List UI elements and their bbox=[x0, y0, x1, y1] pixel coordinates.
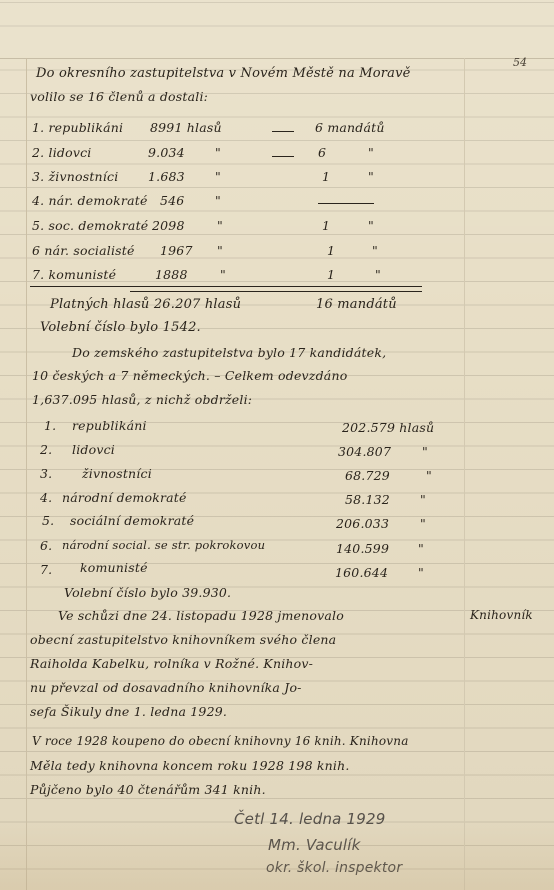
land-intro-line1: Do zemského zastupitelstva bylo 17 kandi… bbox=[72, 345, 386, 360]
party-votes: 2098 bbox=[152, 218, 185, 233]
library-line: Ve schůzi dne 24. listopadu 1928 jmenova… bbox=[58, 608, 344, 623]
top-rule bbox=[0, 58, 554, 59]
party-label: republikáni bbox=[72, 418, 147, 433]
land-quota: Volební číslo bylo 39.930. bbox=[64, 585, 231, 600]
party-label: 3. živnostníci bbox=[32, 169, 118, 184]
row-number: 4. bbox=[40, 490, 52, 505]
ditto-mark: " bbox=[420, 492, 426, 507]
party-votes: 160.644 bbox=[335, 565, 388, 580]
party-votes: 140.599 bbox=[336, 541, 389, 556]
party-label: 7. komunisté bbox=[32, 267, 116, 282]
ditto-mark: " bbox=[418, 565, 424, 580]
signature-date: Četl 14. ledna 1929 bbox=[234, 810, 386, 828]
party-mandates: 1 bbox=[322, 218, 330, 233]
party-label: komunisté bbox=[80, 560, 148, 575]
dash bbox=[272, 156, 294, 157]
party-label: 5. soc. demokraté bbox=[32, 218, 148, 233]
left-margin-line bbox=[26, 58, 27, 890]
ditto-mark: " bbox=[426, 468, 432, 483]
library-line: Měla tedy knihovna koncem roku 1928 198 … bbox=[30, 758, 350, 773]
dash bbox=[272, 131, 294, 132]
no-mandate-rule bbox=[318, 203, 374, 204]
district-intro-line1: Do okresního zastupitelstva v Novém Měst… bbox=[36, 66, 411, 81]
district-quota: Volební číslo bylo 1542. bbox=[40, 320, 201, 335]
party-votes: 1967 bbox=[160, 243, 193, 258]
party-votes: 68.729 bbox=[345, 468, 390, 483]
ditto-mark: " bbox=[375, 267, 381, 282]
ditto-mark: " bbox=[368, 218, 374, 233]
row-number: 3. bbox=[40, 466, 52, 481]
sum-rule-2 bbox=[130, 291, 422, 292]
land-intro-line2: 10 českých a 7 německých. – Celkem odevz… bbox=[32, 368, 347, 383]
ditto-mark: " bbox=[422, 444, 428, 459]
district-total-votes: Platných hlasů 26.207 hlasů bbox=[50, 297, 241, 312]
party-label: 4. nár. demokraté bbox=[32, 193, 148, 208]
ditto-mark: " bbox=[220, 267, 226, 282]
party-mandates: 1 bbox=[327, 243, 335, 258]
ditto-mark: " bbox=[368, 169, 374, 184]
party-label: lidovci bbox=[72, 442, 115, 457]
library-line: sefa Šikuly dne 1. ledna 1929. bbox=[30, 704, 227, 719]
ditto-mark: " bbox=[217, 218, 223, 233]
ditto-mark: " bbox=[215, 169, 221, 184]
party-votes: 1888 bbox=[155, 267, 188, 282]
ditto-mark: " bbox=[215, 193, 221, 208]
party-label: 2. lidovci bbox=[32, 145, 91, 160]
district-intro-line2: volilo se 16 členů a dostali: bbox=[30, 89, 208, 104]
party-label: 1. republikáni bbox=[32, 120, 123, 135]
row-number: 7. bbox=[40, 562, 52, 577]
district-total-mandates: 16 mandátů bbox=[316, 297, 397, 312]
party-votes: 58.132 bbox=[345, 492, 390, 507]
party-mandates: 1 bbox=[322, 169, 330, 184]
library-line: nu převzal od dosavadního knihovníka Jo- bbox=[30, 680, 302, 695]
library-line: Půjčeno bylo 40 čtenářům 341 knih. bbox=[30, 782, 266, 797]
party-mandates: 6 bbox=[318, 145, 326, 160]
party-votes: 1.683 bbox=[148, 169, 185, 184]
row-number: 5. bbox=[42, 513, 54, 528]
library-line: V roce 1928 koupeno do obecní knihovny 1… bbox=[32, 734, 409, 748]
chronicle-page: 54 Do okresního zastupitelstva v Novém M… bbox=[0, 0, 554, 890]
party-votes: 202.579 hlasů bbox=[342, 420, 434, 435]
party-mandates: 1 bbox=[327, 267, 335, 282]
right-margin-line bbox=[464, 58, 465, 890]
ditto-mark: " bbox=[368, 145, 374, 160]
row-number: 6. bbox=[40, 538, 52, 553]
row-number: 2. bbox=[40, 442, 52, 457]
party-label: národní demokraté bbox=[62, 490, 187, 505]
ditto-mark: " bbox=[418, 541, 424, 556]
party-label: národní social. se str. pokrokovou bbox=[62, 538, 265, 552]
party-votes: 546 bbox=[160, 193, 184, 208]
margin-note-librarian: Knihovník bbox=[470, 608, 533, 622]
ditto-mark: " bbox=[217, 243, 223, 258]
library-line: obecní zastupitelstvo knihovníkem svého … bbox=[30, 632, 336, 647]
signature-title: okr. škol. inspektor bbox=[266, 860, 402, 876]
party-label: sociální demokraté bbox=[70, 513, 194, 528]
party-votes: 8991 hlasů bbox=[150, 120, 222, 135]
party-label: 6 nár. socialisté bbox=[32, 243, 135, 258]
ditto-mark: " bbox=[372, 243, 378, 258]
row-number: 1. bbox=[44, 418, 56, 433]
party-votes: 304.807 bbox=[338, 444, 391, 459]
page-number: 54 bbox=[513, 56, 527, 69]
library-line: Raiholda Kabelku, rolníka v Rožné. Kniho… bbox=[30, 656, 313, 671]
party-label: živnostníci bbox=[82, 466, 152, 481]
party-mandates: 6 mandátů bbox=[315, 120, 385, 135]
party-votes: 206.033 bbox=[336, 516, 389, 531]
ditto-mark: " bbox=[215, 145, 221, 160]
land-intro-line3: 1,637.095 hlasů, z nichž obdrželi: bbox=[32, 392, 252, 407]
ditto-mark: " bbox=[420, 516, 426, 531]
signature-name: Mm. Vaculík bbox=[268, 836, 361, 854]
party-votes: 9.034 bbox=[148, 145, 185, 160]
sum-rule bbox=[30, 286, 422, 287]
